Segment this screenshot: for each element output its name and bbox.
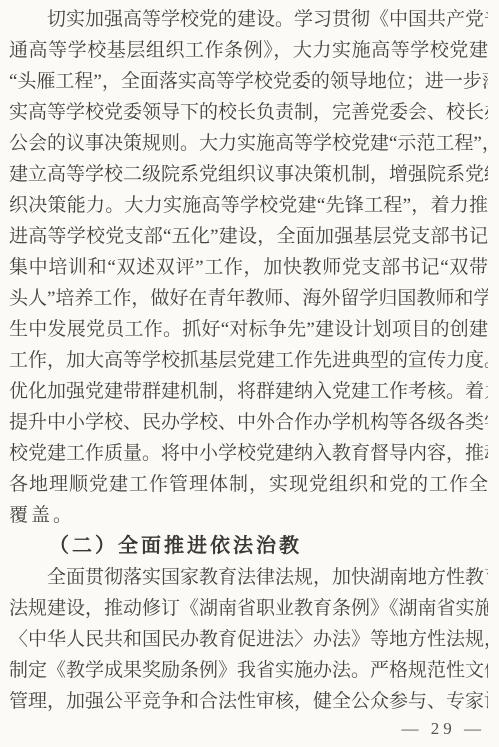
text-line: 法规建设，推动修订《湖南省职业教育条例》《湖南省实施 bbox=[9, 593, 488, 624]
text-line: 切实加强高等学校党的建设。学习贯彻《中国共产党普 bbox=[9, 4, 488, 35]
paragraph-end-line: 覆盖。 bbox=[9, 500, 488, 531]
text-line: 管理，加强公平竞争和合法性审核，健全公众参与、专家论 bbox=[9, 686, 488, 717]
text-line: 生中发展党员工作。抓好“对标争先”建设计划项目的创建 bbox=[9, 314, 488, 345]
text-line: 头人”培养工作，做好在青年教师、海外留学归国教师和学 bbox=[9, 283, 488, 314]
section-heading: （二）全面推进依法治教 bbox=[9, 531, 488, 562]
text-line: 提升中小学校、民办学校、中外合作办学机构等各级各类学 bbox=[9, 407, 488, 438]
text-line: 优化加强党建带群建机制，将群建纳入党建工作考核。着力 bbox=[9, 376, 488, 407]
text-line: 建立高等学校二级院系党组织议事决策机制，增强院系党组 bbox=[9, 159, 488, 190]
text-line: 进高等学校党支部“五化”建设，全面加强基层党支部书记 bbox=[9, 221, 488, 252]
text-line: 〈中华人民共和国民办教育促进法〉办法》等地方性法规， bbox=[9, 624, 488, 655]
text-line: 校党建工作质量。将中小学校党建纳入教育督导内容，推动 bbox=[9, 438, 488, 469]
text-line: 织决策能力。大力实施高等学校党建“先锋工程”，着力推 bbox=[9, 190, 488, 221]
text-line: 工作，加大高等学校抓基层党建工作先进典型的宣传力度。 bbox=[9, 345, 488, 376]
page-number: — 29 — bbox=[402, 719, 486, 739]
text-line: 通高等学校基层组织工作条例》，大力实施高等学校党建 bbox=[9, 35, 488, 66]
body-text-block: 切实加强高等学校党的建设。学习贯彻《中国共产党普 通高等学校基层组织工作条例》，… bbox=[0, 0, 499, 717]
text-line: “头雁工程”，全面落实高等学校党委的领导地位；进一步落 bbox=[9, 66, 488, 97]
text-line: 各地理顺党建工作管理体制，实现党组织和党的工作全 bbox=[9, 469, 488, 500]
text-line: 实高等学校党委领导下的校长负责制，完善党委会、校长办 bbox=[9, 97, 488, 128]
text-line: 制定《教学成果奖励条例》我省实施办法。严格规范性文件 bbox=[9, 655, 488, 686]
text-line: 公会的议事决策规则。大力实施高等学校党建“示范工程”， bbox=[9, 128, 488, 159]
text-line: 全面贯彻落实国家教育法律法规，加快湖南地方性教育 bbox=[9, 562, 488, 593]
text-line: 集中培训和“双述双评”工作，加快教师党支部书记“双带 bbox=[9, 252, 488, 283]
document-page: 切实加强高等学校党的建设。学习贯彻《中国共产党普 通高等学校基层组织工作条例》，… bbox=[0, 0, 499, 747]
